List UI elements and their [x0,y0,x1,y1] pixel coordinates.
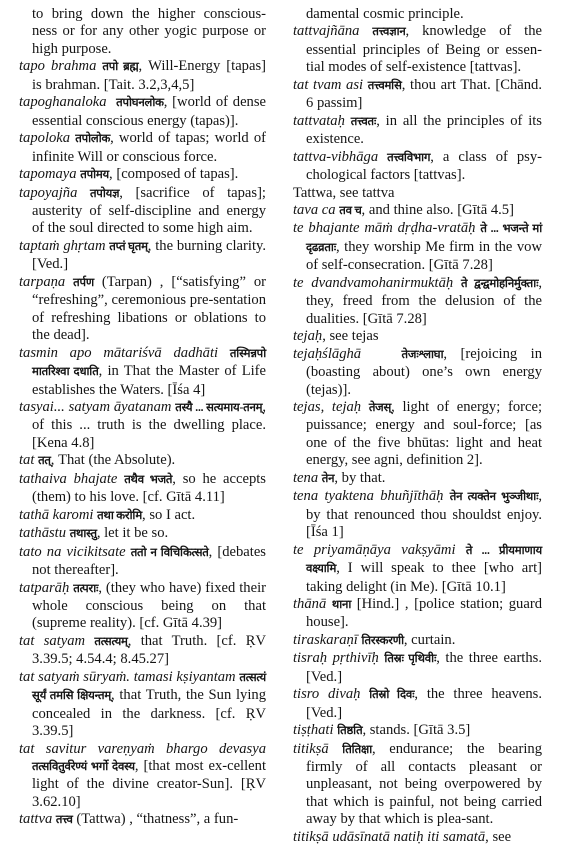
headword: tatparāḥ [19,580,69,596]
devanagari: तत्त्वतः [351,116,376,128]
headword: tat [19,452,34,468]
devanagari: तथा करोमि [97,510,142,522]
entry-tattva-vibhaga: tattva-vibhāga तत्त्वविभाग, a class of p… [293,149,542,185]
entry-tapo-brahma: tapo brahma तपो ब्रह्म, Will-Energy [tap… [19,58,266,94]
devanagari: तप्तं घृतम् [109,241,148,253]
devanagari: तपोघनलोक [116,97,164,109]
entry-titiksa-udasinata: titikṣā udāsīnatā natiḥ iti samatā, see [293,829,542,844]
headword: te priyamāṇāya vakṣyāmi [293,542,456,558]
definition: , stands. [Gītā 3.5] [362,722,470,738]
continuation-line: to bring down the higher conscious-ness … [32,6,266,57]
entry-tapoloka: tapoloka तपोलोक, world of tapas; world o… [19,130,266,166]
continuation-line: damental cosmic principle. [306,6,464,22]
entry-te-dvandvamoha: te dvandvamohanirmuktāḥ ते द्वन्द्वमोहनि… [293,275,542,328]
entry-tattvajnana: tattvajñāna तत्त्वज्ञान, knowledge of th… [293,23,542,76]
headword: tava ca [293,202,336,218]
entry-tato-na-vicikitsate: tato na vicikitsate ततो न विचिकित्सते, [… [19,544,266,580]
devanagari: तथैव भजते [124,474,172,486]
headword: taptaṁ ghṛtam [19,238,106,254]
headword: tattvataḥ [293,113,345,129]
devanagari: तस्यै ... सत्यमाय-तनम् [175,402,262,414]
devanagari: तितिक्षा [342,744,372,756]
devanagari: तेन [322,473,335,485]
entry-te-bhajante: te bhajante māṁ dṛḍha-vratāḥ ते ... भजन्… [293,220,542,274]
devanagari: तेजस् [369,402,391,414]
definition: , see tattva [333,185,395,201]
entry-tasyai-satyam: tasyai... satyam āyatanam तस्यै ... सत्य… [19,399,266,452]
entry-tapomaya: tapomaya तपोमय, [composed of tapas]. [19,166,266,184]
entry-tapoghanaloka: tapoghanaloka तपोघनलोक, [world of dense … [19,94,266,130]
definition: (Tattwa) , “thatness”, a fun- [73,811,239,827]
devanagari: तपो ब्रह्म [102,61,138,73]
continuation-text: damental cosmic principle. [293,6,542,23]
headword: tat satyaṁ sūryaṁ. tamasi kṣiyantam [19,669,236,685]
headword: tasmin apo mātariśvā dadhāti [19,345,218,361]
devanagari: तेन त्यक्तेन भुञ्जीथाः [450,491,539,503]
entry-tattwa: Tattwa, see tattva [293,185,542,202]
devanagari: तिस्रो दिवः [369,689,414,701]
headword: tejas, tejaḥ [293,399,361,415]
headword: titikṣā udāsīnatā natiḥ iti samatā [293,829,485,844]
headword: tapomaya [19,166,77,182]
headword: tattvajñāna [293,23,359,39]
entry-tena-tyaktena: tena tyaktena bhuñjīthāḥ तेन त्यक्तेन भु… [293,488,542,541]
headword: tato na vicikitsate [19,544,126,560]
headword: tat savitur vareṇyaṁ bhargo devasya [19,741,266,757]
entry-tat-tvam-asi: tat tvam asi तत्त्वमसि, thou art That. [… [293,77,542,113]
devanagari: थाना [332,599,351,611]
definition: , so I act. [142,507,195,523]
entry-tejahslagha: tejaḥślāghā तेजःश्लाघा, [rejoicing in (b… [293,346,542,399]
dictionary-page: to bring down the higher conscious-ness … [0,0,562,844]
headword: te dvandvamohanirmuktāḥ [293,275,453,291]
headword: tapoloka [19,130,70,146]
entry-te-priyamanaya: te priyamāṇāya vakṣyāmi ते ... प्रीयमाणा… [293,542,542,596]
devanagari: तत्सत्यम् [94,636,127,648]
entry-tapoyajna: tapoyajña तपोयज्ञ, [sacrifice of tapas];… [19,185,266,238]
devanagari: तिस्रः पृथिवीः [384,653,436,665]
headword: tena [293,470,318,486]
definition: , That (the Absolute). [51,452,175,468]
definition: , they worship Me firm in the vow of sel… [306,239,542,273]
entry-tisthati: tiṣṭhati तिष्ठति, stands. [Gītā 3.5] [293,722,542,740]
entry-tattvatah: tattvataḥ तत्त्वतः, in all the principle… [293,113,542,149]
headword: tattva [19,811,52,827]
headword: tat satyam [19,633,85,649]
headword: thānā [293,596,326,612]
headword: tena tyaktena bhuñjīthāḥ [293,488,443,504]
entry-tat-satyam: tat satyam तत्सत्यम्, that Truth. [cf. Ṛ… [19,633,266,669]
devanagari: ते द्वन्द्वमोहनिर्मुक्ताः [461,278,538,290]
entry-tat: tat तत्, That (the Absolute). [19,452,266,470]
devanagari: तत् [38,455,51,467]
devanagari: ततो न विचिकित्सते [131,547,209,559]
headword: te bhajante māṁ dṛḍha-vratāḥ [293,220,475,236]
devanagari: तत्त्वविभाग [387,152,430,164]
headword: tisraḥ pṛthivīḥ [293,650,379,666]
entry-tisro-divah: tisro divaḥ तिस्रो दिवः, the three heave… [293,686,542,722]
headword: tapoghanaloka [19,94,107,110]
devanagari: तत्पराः [73,583,98,595]
headword: tejaḥ [293,328,322,344]
headword: tiraskaraṇī [293,632,358,648]
headword: tattva-vibhāga [293,149,378,165]
devanagari: तत्सवितुर्वरेण्यं भर्गो देवस्य [32,761,135,773]
entry-tava-ca: tava ca तव च, and thine also. [Gītā 4.5] [293,202,542,220]
entry-tat-savitur: tat savitur vareṇyaṁ bhargo devasya तत्स… [19,741,266,812]
definition: , I will speak to thee [who art] taking … [306,560,542,594]
definition: , see tejas [322,328,378,344]
entry-tattva: tattva तत्त्व (Tattwa) , “thatness”, a f… [19,811,266,829]
definition: , let it be so. [97,525,168,541]
headword: tat tvam asi [293,77,363,93]
headword: tarpaṇa [19,274,65,290]
headword: titikṣā [293,741,329,757]
devanagari: तत्त्वज्ञान [372,26,405,38]
entry-tiraskarani: tiraskaraṇī तिरस्करणी, curtain. [293,632,542,650]
headword: Tattwa [293,185,333,201]
entry-tasmin-apo: tasmin apo mātariśvā dadhāti तस्मिन्नपो … [19,345,266,399]
devanagari: तव च [339,205,361,217]
entry-titiksa: titikṣā तितिक्षा, endurance; the bearing… [293,741,542,829]
entry-thana: thānā थाना [Hind.] , [police station; gu… [293,596,542,632]
definition: , and thine also. [Gītā 4.5] [362,202,514,218]
headword: tejaḥślāghā [293,346,361,362]
entry-tathastu: tathāstu तथास्तु, let it be so. [19,525,266,543]
entry-tat-satyam-suryam: tat satyaṁ sūryaṁ. tamasi kṣiyantam तत्स… [19,669,266,741]
entry-tisrah-prthivih: tisraḥ pṛthivīḥ तिस्रः पृथिवीः, the thre… [293,650,542,686]
continuation-text: to bring down the higher conscious-ness … [19,6,266,58]
devanagari: तिरस्करणी [362,635,404,647]
headword: tasyai... satyam āyatanam [19,399,171,415]
definition: , see [485,829,511,844]
entry-tarpana: tarpaṇa तर्पण (Tarpan) , [“satisfying” o… [19,274,266,345]
devanagari: तत्त्व [56,814,73,826]
devanagari: तपोमय [80,169,109,181]
entry-tatha-karomi: tathā karomi तथा करोमि, so I act. [19,507,266,525]
entry-tatparah: tatparāḥ तत्पराः, (they who have) fixed … [19,580,266,633]
devanagari: तर्पण [73,277,94,289]
definition: , by that. [334,470,385,486]
entry-tejas: tejas, tejaḥ तेजस्, light of energy; for… [293,399,542,470]
headword: tiṣṭhati [293,722,334,738]
headword: tapo brahma [19,58,96,74]
devanagari: तपोयज्ञ [90,188,119,200]
devanagari: तपोलोक [75,133,110,145]
devanagari: तथास्तु [70,528,97,540]
devanagari: तत्त्वमसि [368,80,402,92]
definition: , curtain. [404,632,455,648]
headword: tathā karomi [19,507,93,523]
entry-tena: tena तेन, by that. [293,470,542,488]
entry-tejah: tejaḥ, see tejas [293,328,542,345]
entry-taptam-ghrtam: taptaṁ ghṛtam तप्तं घृतम्, the burning c… [19,238,266,274]
right-column: damental cosmic principle. tattvajñāna त… [293,6,542,844]
headword: tapoyajña [19,185,77,201]
devanagari: तेजःश्लाघा [401,349,443,361]
headword: tisro divaḥ [293,686,360,702]
entry-tathaiva-bhajate: tathaiva bhajate तथैव भजते, so he accept… [19,471,266,507]
definition: (Tarpan) , [“satisfying” or “refreshing”… [32,274,266,343]
headword: tathaiva bhajate [19,471,117,487]
devanagari: तिष्ठति [337,725,362,737]
headword: tathāstu [19,525,66,541]
left-column: to bring down the higher conscious-ness … [19,6,266,830]
definition: , [composed of tapas]. [109,166,238,182]
